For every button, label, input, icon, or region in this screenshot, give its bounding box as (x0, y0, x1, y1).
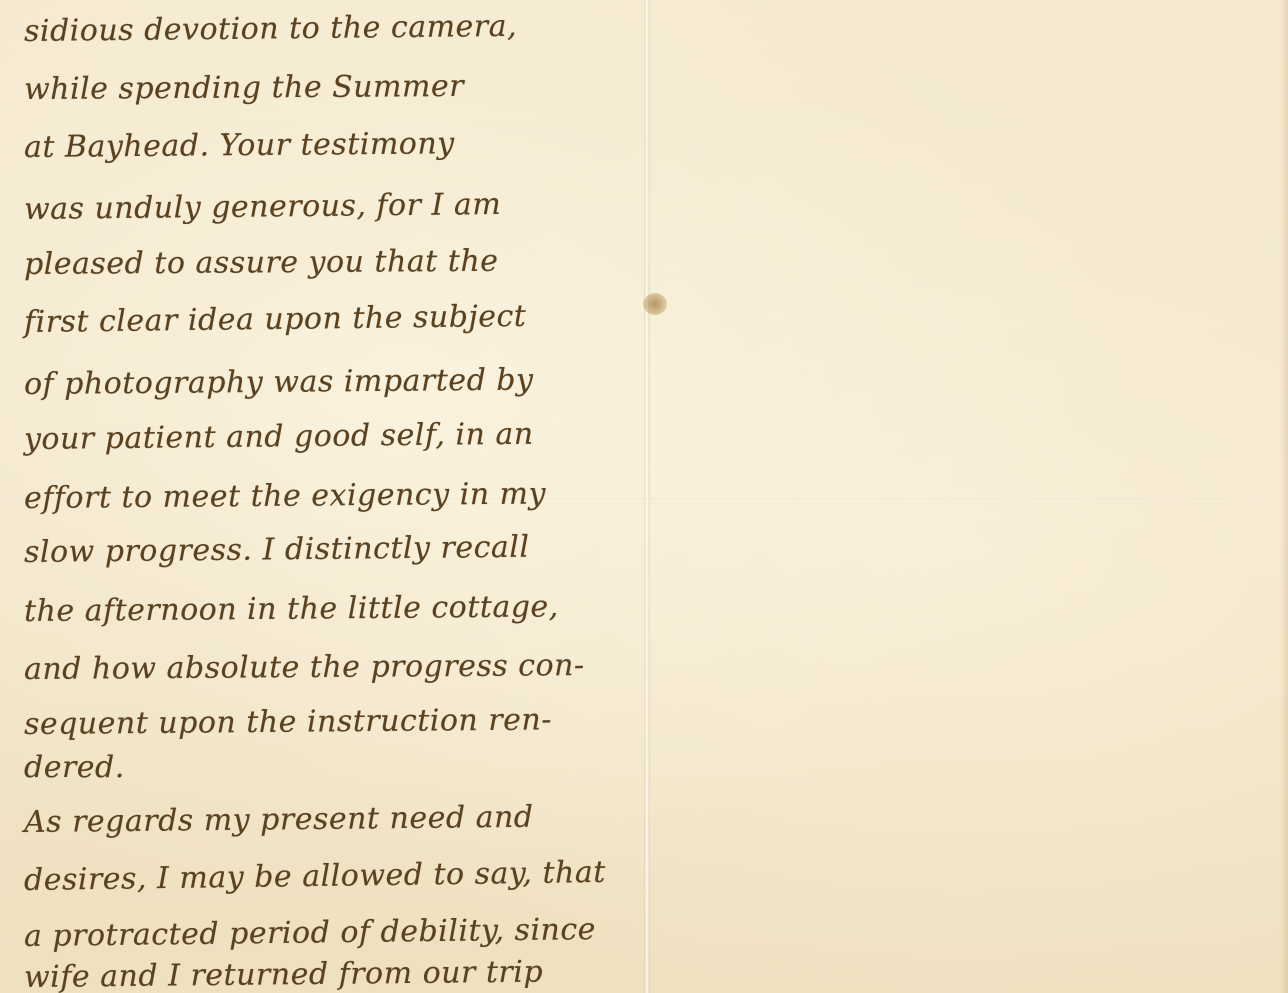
text-line: As regards my present need and (24, 800, 534, 840)
text-line: sidious devotion to the camera, (24, 9, 517, 49)
text-line: dered. (24, 750, 125, 785)
text-line: desires, I may be allowed to say, that (24, 855, 606, 898)
text-line: the afternoon in the little cottage, (24, 589, 559, 629)
text-line: sequent upon the instruction ren- (24, 702, 552, 742)
text-line: a protracted period of debility, since (24, 912, 596, 954)
text-line: while spending the Summer (24, 69, 464, 107)
right-page: across the Atlantic, has not a little co… (646, 0, 1288, 993)
text-line: pleased to assure you that the (24, 244, 499, 282)
text-line: and how absolute the progress con- (24, 648, 585, 687)
text-line: was unduly generous, for I am (24, 187, 502, 227)
text-line: your patient and good self, in an (24, 417, 534, 457)
text-line: of photography was imparted by (24, 363, 534, 402)
text-line: wife and I returned from our trip (24, 955, 543, 993)
text-line: first clear idea upon the subject (24, 299, 527, 340)
letter-spread: sidious devotion to the camera, while sp… (0, 0, 1288, 993)
text-line: effort to meet the exigency in my (24, 476, 546, 516)
left-page: sidious devotion to the camera, while sp… (0, 0, 646, 993)
text-line: at Bayhead. Your testimony (24, 126, 455, 165)
text-line: slow progress. I distinctly recall (24, 530, 530, 570)
